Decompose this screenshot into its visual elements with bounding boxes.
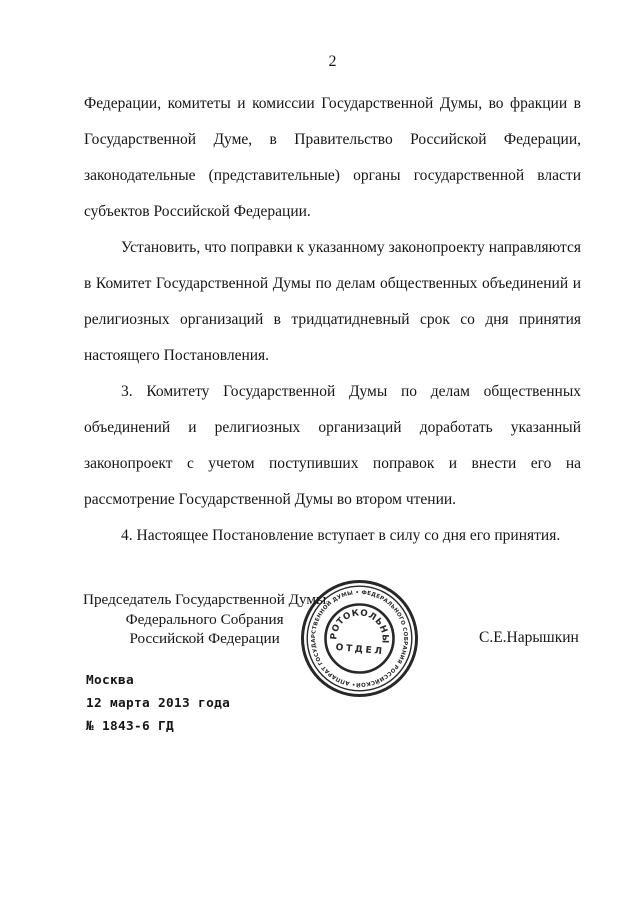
text-line: в Комитет Государственной Думы по делам …	[84, 266, 581, 302]
paragraph: Установить, что поправки к указанному за…	[84, 230, 581, 374]
document-page: 2 Федерации, комитеты и комиссии Государ…	[0, 0, 640, 905]
text-line: религиозных организаций в тридцатидневны…	[84, 302, 581, 338]
issuance-block: Москва 12 марта 2013 года № 1843-6 ГД	[86, 669, 230, 738]
document-number: № 1843-6 ГД	[86, 715, 230, 738]
signatory-title-line: Федерального Собрания	[83, 610, 326, 630]
text-line: Установить, что поправки к указанному за…	[84, 230, 581, 266]
document-body: Федерации, комитеты и комиссии Государст…	[84, 86, 581, 554]
paragraph: Федерации, комитеты и комиссии Государст…	[84, 86, 581, 230]
signatory-name: С.Е.Нарышкин	[479, 629, 579, 647]
signatory-title-line: Российской Федерации	[83, 629, 326, 649]
text-line: субъектов Российской Федерации.	[84, 194, 581, 230]
text-line: 4. Настоящее Постановление вступает в си…	[84, 518, 581, 554]
stamp-rings	[303, 582, 417, 696]
issuance-city: Москва	[86, 669, 230, 692]
protocol-department-stamp-icon: • АППАРАТ ГОСУДАРСТВЕННОЙ ДУМЫ • ФЕДЕРАЛ…	[297, 576, 422, 701]
signatory-title-block: Председатель Государственной Думы Федера…	[83, 590, 326, 649]
text-line: рассмотрение Государственной Думы во вто…	[84, 482, 581, 518]
text-line: законопроект с учетом поступивших поправ…	[84, 446, 581, 482]
text-line: 3. Комитету Государственной Думы по дела…	[84, 374, 581, 410]
text-line: законодательные (представительные) орган…	[84, 158, 581, 194]
signatory-title-line: Председатель Государственной Думы	[83, 590, 326, 610]
stamp-center-text: ОТДЕЛ	[335, 642, 385, 657]
text-line: Федерации, комитеты и комиссии Государст…	[84, 86, 581, 122]
text-line: настоящего Постановления.	[84, 338, 581, 374]
page-number: 2	[84, 53, 581, 71]
paragraph: 4. Настоящее Постановление вступает в си…	[84, 518, 581, 554]
issuance-date: 12 марта 2013 года	[86, 692, 230, 715]
text-line: объединений и религиозных организаций до…	[84, 410, 581, 446]
text-line: Государственной Думе, в Правительство Ро…	[84, 122, 581, 158]
paragraph: 3. Комитету Государственной Думы по дела…	[84, 374, 581, 518]
